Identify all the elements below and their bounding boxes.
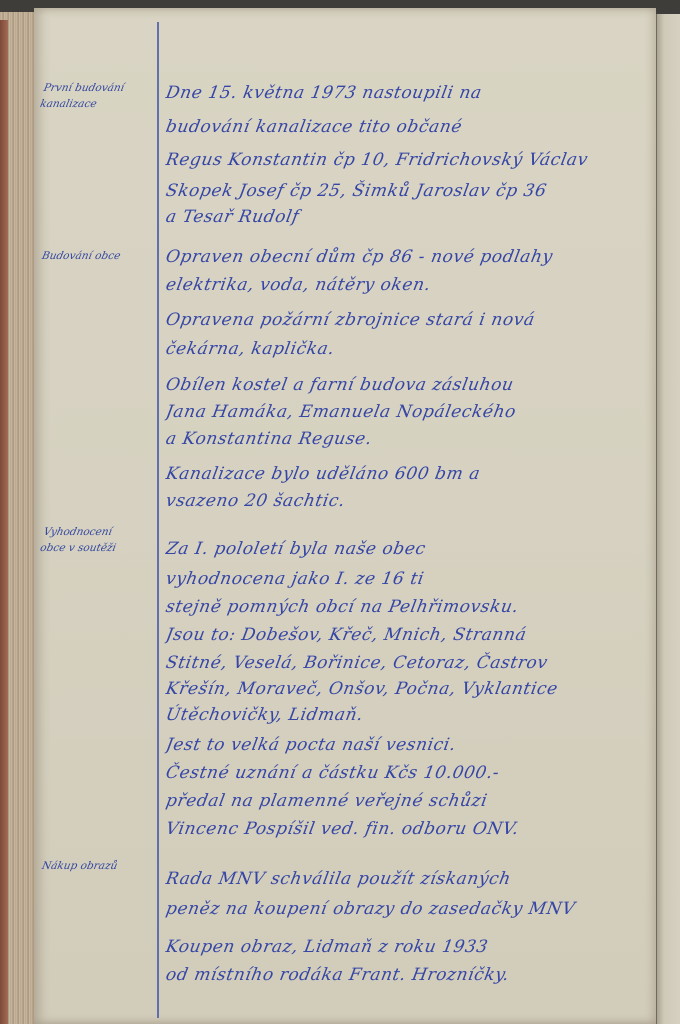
book-cover-edge (0, 20, 8, 1024)
entry-line: Rada MNV schválila použít získaných (164, 868, 654, 890)
entry-line: Stitné, Veselá, Bořinice, Cetoraz, Častr… (164, 652, 654, 674)
entry-line: vsazeno 20 šachtic. (164, 490, 654, 512)
entry-line: Čestné uznání a částku Kčs 10.000.- (164, 762, 654, 784)
entry-line: Kanalizace bylo uděláno 600 bm a (164, 463, 654, 485)
entry-line: Za I. pololetí byla naše obec (164, 538, 654, 560)
margin-label-line: obce v soutěži (39, 540, 154, 556)
entry-line: čekárna, kaplička. (164, 338, 654, 360)
entry-line: Dne 15. května 1973 nastoupili na (164, 82, 654, 104)
entry-line: elektrika, voda, nátěry oken. (164, 274, 654, 296)
margin-label-line: Budování obce (40, 248, 155, 264)
entry-line: budování kanalizace tito občané (164, 116, 654, 138)
margin-label-line: Nákup obrazů (40, 858, 155, 874)
entry-line: předal na plamenné veřejné schůzi (164, 790, 654, 812)
entry-line: od místního rodáka Frant. Hrozníčky. (164, 964, 654, 986)
entry-line: stejně pomných obcí na Pelhřimovsku. (164, 596, 654, 618)
entry-line: Jana Hamáka, Emanuela Nopáleckého (164, 401, 654, 423)
margin-label-line: Vyhodnocení (42, 524, 157, 540)
entry-line: Křešín, Moraveč, Onšov, Počna, Vyklantic… (164, 678, 654, 700)
entry-line: Útěchovičky, Lidmaň. (164, 704, 654, 726)
entry-line: Jsou to: Dobešov, Křeč, Mnich, Stranná (164, 624, 654, 646)
entry-line: Regus Konstantin čp 10, Fridrichovský Vá… (164, 149, 654, 171)
margin-label-competition-evaluation: Vyhodnocení obce v soutěži (39, 524, 158, 556)
margin-rule (157, 22, 159, 1018)
entry-line: a Tesař Rudolf (164, 206, 654, 228)
adjacent-page-edge (656, 14, 680, 1024)
margin-label-line: První budování (42, 80, 157, 96)
margin-label-picture-purchase: Nákup obrazů (40, 858, 155, 874)
margin-label-village-building: Budování obce (40, 248, 155, 264)
entry-line: Koupen obraz, Lidmaň z roku 1933 (164, 936, 654, 958)
entry-line: vyhodnocena jako I. ze 16 ti (164, 568, 654, 590)
entry-line: peněz na koupení obrazy do zasedačky MNV (164, 898, 654, 920)
margin-label-first-sewer: První budování kanalizace (39, 80, 158, 112)
entry-line: Opravena požární zbrojnice stará i nová (164, 309, 654, 331)
entry-line: Obílen kostel a farní budova zásluhou (164, 374, 654, 396)
entry-line: Vincenc Pospíšil ved. fin. odboru ONV. (164, 818, 654, 840)
margin-label-line: kanalizace (39, 96, 154, 112)
entry-line: Skopek Josef čp 25, Šimků Jaroslav čp 36 (164, 180, 654, 202)
entry-line: Opraven obecní dům čp 86 - nové podlahy (164, 246, 654, 268)
entry-line: Jest to velká pocta naší vesnici. (164, 734, 654, 756)
entry-line: a Konstantina Reguse. (164, 428, 654, 450)
